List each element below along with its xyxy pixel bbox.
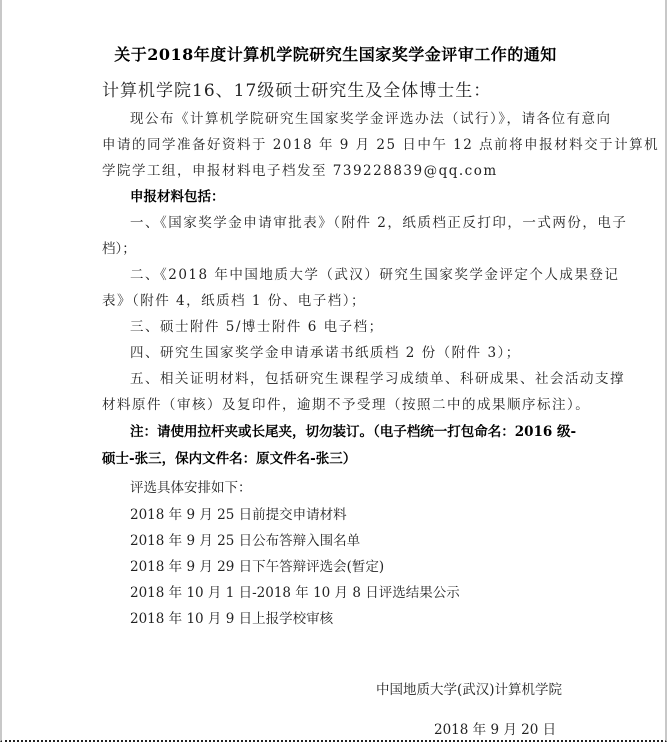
material-item-3: 三、硕士附件 5/博士附件 6 电子档； xyxy=(130,319,384,335)
material-item-4: 四、研究生国家奖学金申请承诺书纸质档 2 份（附件 3）； xyxy=(130,345,521,361)
salutation: 计算机学院16、17级硕士研究生及全体博士生： xyxy=(102,76,491,101)
intro-line-1: 现公布《计算机学院研究生国家奖学金评选办法（试行）》，请各位有意向 xyxy=(130,111,612,127)
material-item-5-cont: 材料原件（审核）及复印件，逾期不予受理（按照二中的成果顺序标注）。 xyxy=(102,397,590,413)
signature: 中国地质大学(武汉)计算机学院 xyxy=(376,682,562,698)
material-item-1: 一、《国家奖学金申请审批表》（附件 2，纸质档正反打印，一式两份，电子 xyxy=(130,215,627,231)
schedule-item-3: 2018 年 9 月 29 日下午答辩评选会(暂定) xyxy=(130,559,384,575)
schedule-item-5: 2018 年 10 月 9 日上报学校审核 xyxy=(130,611,333,627)
intro-line-3: 学院学工组，申报材料电子档发至 739228839@qq.com xyxy=(102,163,498,179)
note-line-2: 硕士-张三，保内文件名：原文件名-张三） xyxy=(102,451,356,467)
material-item-5: 五、相关证明材料，包括研究生课程学习成绩单、科研成果、社会活动支撑 xyxy=(130,371,625,387)
material-item-1-cont: 档）； xyxy=(102,241,136,257)
material-item-2: 二、《2018 年中国地质大学（武汉）研究生国家奖学金评定个人成果登记 xyxy=(130,267,619,283)
schedule-item-2: 2018 年 9 月 25 日公布答辩入围名单 xyxy=(130,533,360,549)
schedule-heading: 评选具体安排如下： xyxy=(130,480,252,496)
document-title: 关于2018年度计算机学院研究生国家奖学金评审工作的通知 xyxy=(2,42,669,65)
document-page: 关于2018年度计算机学院研究生国家奖学金评审工作的通知 计算机学院16、17级… xyxy=(0,0,667,742)
material-item-2-cont: 表》（附件 4，纸质档 1 份、电子档）； xyxy=(102,293,366,309)
materials-heading: 申报材料包括： xyxy=(130,189,225,205)
schedule-item-4: 2018 年 10 月 1 日-2018 年 10 月 8 日评选结果公示 xyxy=(130,585,460,601)
intro-line-2: 申请的同学准备好资料于 2018 年 9 月 25 日中午 12 点前将申报材料… xyxy=(102,137,659,153)
document-date: 2018 年 9 月 20 日 xyxy=(434,722,556,738)
note-line-1: 注：请使用拉杆夹或长尾夹，切勿装订。（电子档统一打包命名：2016 级- xyxy=(130,424,576,440)
schedule-item-1: 2018 年 9 月 25 日前提交申请材料 xyxy=(130,507,347,523)
